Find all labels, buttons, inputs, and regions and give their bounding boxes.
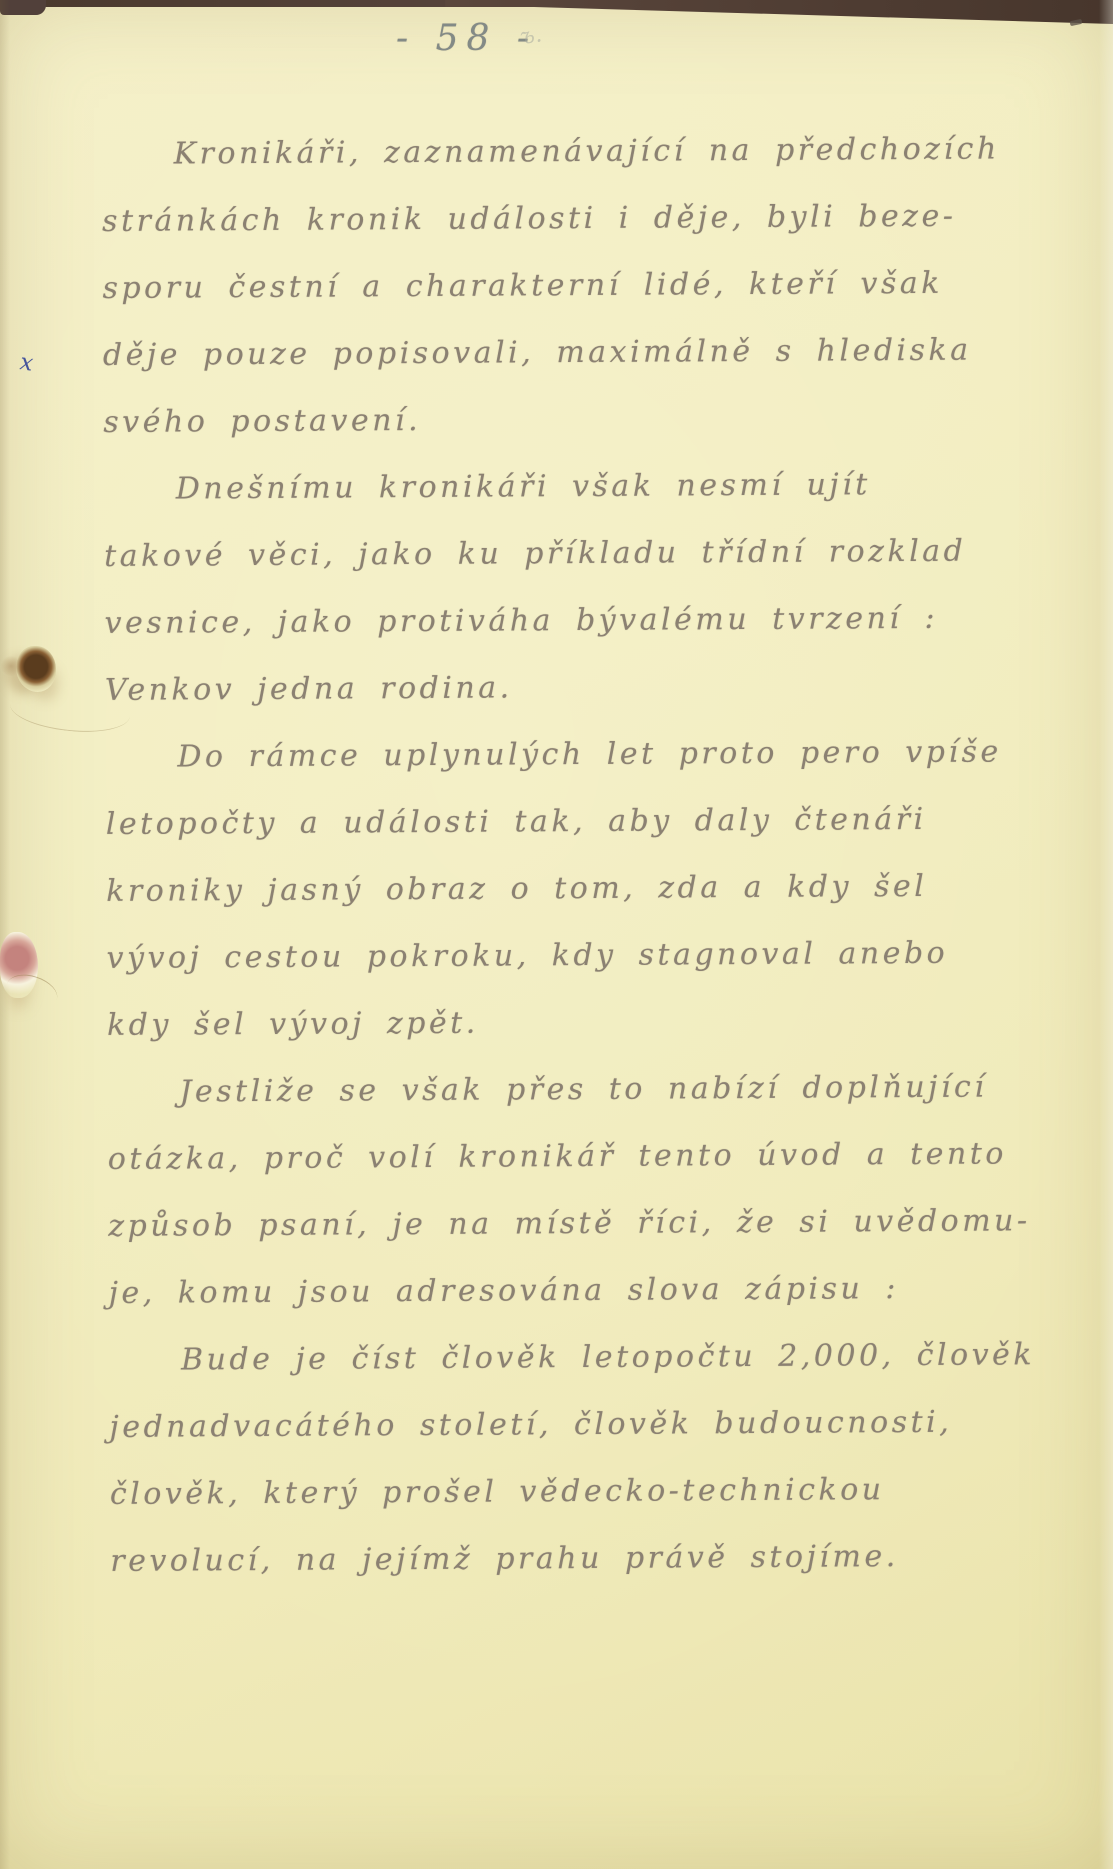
handwritten-line: člověk, který prošel vědecko-technickou xyxy=(110,1455,1070,1528)
ink-smudge: ъ․ xyxy=(518,19,567,51)
handwritten-line: Bude je číst člověk letopočtu 2,000, člo… xyxy=(109,1321,1069,1394)
handwritten-line: Kronikáři, zaznamenávající na předchozíc… xyxy=(102,115,1062,188)
handwritten-line: Venkov jedna rodina. xyxy=(105,651,1065,724)
handwritten-line: vesnice, jako protiváha bývalému tvrzení… xyxy=(104,584,1064,657)
ink-speck xyxy=(1070,19,1083,26)
handwritten-line: takové věci, jako ku příkladu třídní roz… xyxy=(104,517,1064,590)
punch-hole-bottom-tear xyxy=(0,932,38,998)
handwritten-line: Dnešnímu kronikáři však nesmí ujít xyxy=(104,450,1064,523)
margin-x-mark: x xyxy=(18,349,34,377)
chronicle-page: - 58 - ъ․ x Kronikáři, zaznamenávající n… xyxy=(0,0,1113,1869)
handwritten-line: kdy šel vývoj zpět. xyxy=(107,986,1067,1059)
page-number: - 58 - xyxy=(396,18,537,59)
handwritten-line: způsob psaní, je na místě říci, že si uv… xyxy=(108,1187,1068,1260)
page-right-edge-highlight xyxy=(1099,0,1113,1869)
handwritten-line: vývoj cestou pokroku, kdy stagnoval aneb… xyxy=(106,919,1066,992)
handwritten-line: otázka, proč volí kronikář tento úvod a … xyxy=(108,1120,1068,1193)
punch-hole-top xyxy=(16,646,56,692)
handwritten-line: revolucí, na jejímž prahu právě stojíme. xyxy=(110,1522,1070,1595)
handwritten-line: je, komu jsou adresována slova zápisu : xyxy=(108,1254,1068,1327)
handwritten-line: kroniky jasný obraz o tom, zda a kdy šel xyxy=(106,852,1066,925)
handwritten-line: Jestliže se však přes to nabízí doplňují… xyxy=(107,1053,1067,1126)
handwritten-line: Do rámce uplynulých let proto pero vpíše xyxy=(105,718,1065,791)
handwritten-line: děje pouze popisovali, maximálně s hledi… xyxy=(103,316,1063,389)
handwritten-line: jednadvacátého století, člověk budoucnos… xyxy=(109,1388,1069,1461)
handwritten-line: stránkách kronik události i děje, byli b… xyxy=(102,182,1062,255)
handwritten-line: sporu čestní a charakterní lidé, kteří v… xyxy=(102,249,1062,322)
handwritten-text-block: Kronikáři, zaznamenávající na předchozíc… xyxy=(102,115,1071,1595)
handwritten-line: letopočty a události tak, aby daly čtená… xyxy=(106,785,1066,858)
book-binding-edge-wedge xyxy=(445,0,1113,24)
handwritten-line: svého postavení. xyxy=(103,383,1063,456)
